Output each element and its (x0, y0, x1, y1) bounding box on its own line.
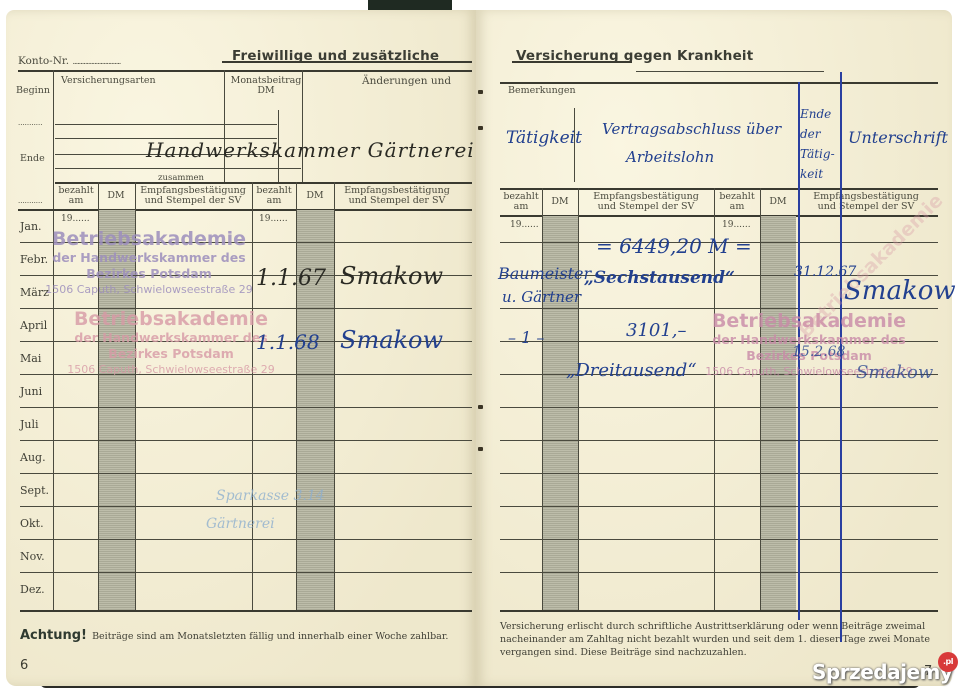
konto-label: Konto-Nr. ..............................… (18, 56, 120, 67)
handwritten-vertrag: Vertragsabschluss über (602, 120, 781, 138)
month-mai: Mai (20, 352, 41, 365)
col-header-bezahlt-1: bezahltam (54, 186, 98, 206)
handwritten-date-1: 31.12.67 (794, 262, 834, 282)
handwritten-signature-2: Smakow (856, 362, 933, 383)
sprzedajemy-watermark: Sprzedajemy .pl (812, 660, 952, 684)
col-header-empfang-1: Empfangsbestätigungund Stempel der SV (578, 192, 714, 212)
handwritten-paid-date-2: 1.1.68 (256, 330, 320, 354)
col-header-bezahlt-2: bezahltam (252, 186, 296, 206)
col-header-dm-1: DM (542, 197, 578, 207)
title-strikethrough (222, 61, 472, 63)
versicherungsarten-label: Versicherungsarten (61, 76, 156, 86)
rule (18, 70, 472, 72)
handwritten-dash: – 1 – (508, 328, 544, 347)
bemerkungen-label: Bemerkungen (508, 86, 576, 96)
monatsbeitrag-label: Monatsbeitrag DM (228, 76, 304, 96)
col-header-empfang-1: Empfangsbestätigungund Stempel der SV (134, 186, 252, 206)
month-juni: Juni (20, 385, 42, 398)
faded-writing-2: Gärtnerei (206, 516, 275, 532)
handwritten-ende-taetigkeit: Ende der Tätig-keit (800, 104, 840, 184)
left-page: Konto-Nr. ..............................… (6, 10, 476, 686)
staple (478, 405, 483, 409)
staple (478, 90, 483, 94)
right-page: Versicherung gegen Krankheit Bemerkungen… (476, 10, 952, 686)
title-strikethrough (512, 61, 632, 63)
achtung-notice: Achtung! Beiträge sind am Monatsletzten … (20, 624, 448, 643)
cancellation-notice: Versicherung erlischt durch schriftliche… (500, 620, 940, 659)
staple (478, 447, 483, 451)
col-header-dm-2: DM (296, 191, 334, 201)
col-header-empfang-2: Empfangsbestätigungund Stempel der SV (334, 186, 460, 206)
handwritten-signature-2: Smakow (340, 326, 443, 354)
handwritten-paid-date-1: 1.1.67 (256, 266, 326, 291)
stamp-betriebsakademie-2: Betriebsakademie der Handwerkskammer des… (66, 308, 276, 377)
handwritten-taetigkeit: Tätigkeit (506, 128, 582, 148)
aenderungen-label: Änderungen und (362, 76, 451, 86)
month-sept: Sept. (20, 484, 49, 497)
handwritten-signature-1: Smakow (844, 276, 956, 306)
faded-writing-1: Sparkasse 3.14 (216, 488, 325, 504)
col-header-dm-2: DM (760, 197, 796, 207)
handwritten-job-1: Baumeister (498, 264, 591, 283)
beginn-label: Beginn (16, 86, 50, 96)
month-column-divider (53, 70, 54, 610)
col-header-bezahlt-1: bezahltam (500, 192, 542, 212)
handwritten-unterschrift: Unterschrift (848, 128, 948, 147)
month-april: April (20, 319, 47, 332)
month-dez: Dez. (20, 583, 45, 596)
handwritten-job-1b: u. Gärtner (502, 288, 581, 306)
month-okt: Okt. (20, 517, 44, 530)
handwritten-amount-1: = 6449,20 M = (596, 234, 752, 258)
handwritten-signature-1: Smakow (340, 262, 443, 290)
month-nov: Nov. (20, 550, 45, 563)
handwritten-arbeitslohn: Arbeitslohn (626, 148, 714, 166)
staple (478, 126, 483, 130)
page-number-left: 6 (20, 658, 28, 673)
handwritten-date-2: 15.2.68 (792, 342, 832, 362)
stamp-betriebsakademie-1: Betriebsakademie der Handwerkskammer des… (44, 228, 254, 297)
month-aug: Aug. (20, 451, 46, 464)
ende-label: Ende (20, 154, 45, 164)
handwritten-amount-2: 3101,– (626, 320, 687, 341)
col-header-dm-1: DM (98, 191, 134, 201)
month-juli: Juli (20, 418, 39, 431)
col-header-bezahlt-2: bezahltam (714, 192, 760, 212)
handwritten-insurance-type: Handwerkskammer Gärtnerei (146, 138, 475, 162)
handwritten-words-2: „Dreitausend“ (566, 360, 697, 381)
handwritten-words-1: „Sechstausend“ (584, 268, 735, 288)
month-jan: Jan. (20, 220, 42, 233)
binding-clip (368, 0, 452, 10)
